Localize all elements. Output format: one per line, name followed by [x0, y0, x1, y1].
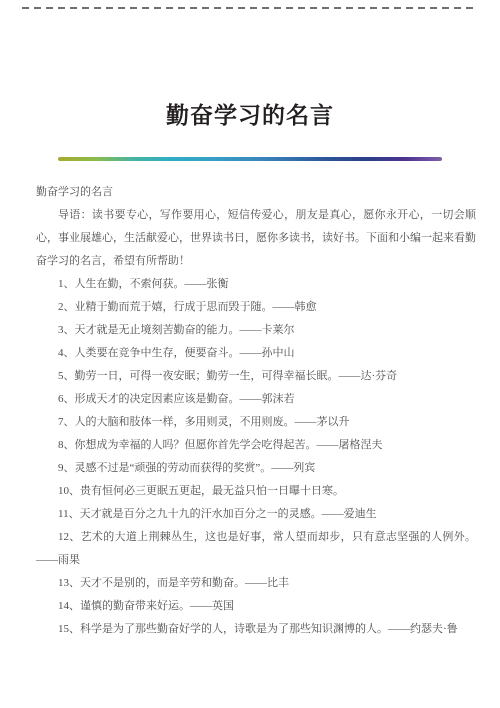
intro-paragraph: 导语：读书要专心，写作要用心，短信传爱心，朋友是真心，愿你永开心，一切会顺心，事…	[36, 204, 476, 273]
quote-item: 8、你想成为幸福的人吗？但愿你首先学会吃得起苦。——屠格涅夫	[36, 434, 476, 457]
quote-item: 15、科学是为了那些勤奋好学的人，诗歌是为了那些知识渊博的人。——约瑟夫·鲁	[36, 618, 476, 641]
quote-item: 4、人类要在竞争中生存，便要奋斗。——孙中山	[36, 342, 476, 365]
page-title: 勤奋学习的名言	[0, 97, 500, 130]
quote-item: 11、天才就是百分之九十九的汗水加百分之一的灵感。——爱迪生	[36, 503, 476, 526]
quote-item: 7、人的大脑和肢体一样，多用则灵，不用则废。——茅以升	[36, 411, 476, 434]
quote-item: 12、艺术的大道上荆棘丛生，这也是好事，常人望而却步，只有意志坚强的人例外。——…	[36, 526, 476, 572]
quote-item: 10、贵有恒何必三更眠五更起，最无益只怕一日曝十日寒。	[36, 480, 476, 503]
quote-item: 1、人生在勤，不索何获。——张衡	[36, 273, 476, 296]
body-subheading: 勤奋学习的名言	[36, 181, 476, 204]
top-dashed-divider	[22, 7, 478, 9]
document-body: 勤奋学习的名言 导语：读书要专心，写作要用心，短信传爱心，朋友是真心，愿你永开心…	[36, 181, 476, 641]
document-page: 勤奋学习的名言 勤奋学习的名言 导语：读书要专心，写作要用心，短信传爱心，朋友是…	[0, 0, 500, 708]
quote-item: 5、勤劳一日，可得一夜安眠；勤劳一生，可得幸福长眠。——达·芬奇	[36, 365, 476, 388]
accent-gradient-divider	[58, 157, 442, 161]
quote-item: 6、形成天才的决定因素应该是勤奋。——郭沫若	[36, 388, 476, 411]
quote-item: 14、谨慎的勤奋带来好运。——英国	[36, 595, 476, 618]
quote-item: 2、业精于勤而荒于嬉，行成于思而毁于随。——韩愈	[36, 296, 476, 319]
quote-item: 13、天才不是别的，而是辛劳和勤奋。——比丰	[36, 572, 476, 595]
quote-item: 3、天才就是无止境刻苦勤奋的能力。——卡莱尔	[36, 319, 476, 342]
quote-item: 9、灵感不过是“顽强的劳动而获得的奖赏”。——列宾	[36, 457, 476, 480]
